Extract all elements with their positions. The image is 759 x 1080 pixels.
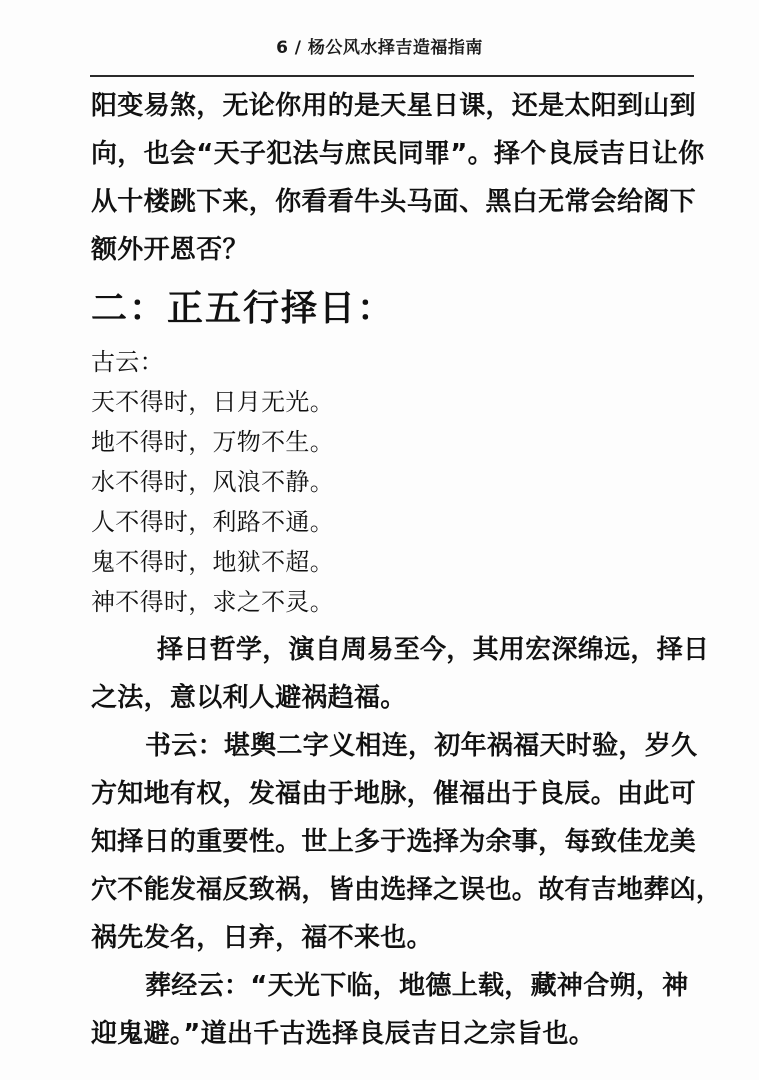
text-line: 迎鬼避。”道出千古选择良辰吉日之宗旨也。: [91, 1010, 701, 1058]
text-line: 书云：堪舆二字义相连，初年祸福天时验，岁久: [91, 722, 701, 770]
text-line: 从十楼跳下来，你看看牛头马面、黑白无常会给阁下: [91, 178, 701, 226]
text-line: 穴不能发福反致祸，皆由选择之误也。故有吉地葬凶，: [91, 866, 701, 914]
verse-line: 鬼不得时，地狱不超。: [91, 542, 701, 582]
page-body: 阳变易煞，无论你用的是天星日课，还是太阳到山到 向，也会“天子犯法与庶民同罪”。…: [91, 82, 701, 1058]
paragraph-philosophy: 择日哲学，演自周易至今，其用宏深绵远，择日 之法，意以利人避祸趋福。: [91, 626, 701, 722]
intro-paragraph: 阳变易煞，无论你用的是天星日课，还是太阳到山到 向，也会“天子犯法与庶民同罪”。…: [91, 82, 701, 274]
text-line: 择日哲学，演自周易至今，其用宏深绵远，择日: [91, 626, 701, 674]
quote-intro: 古云：: [91, 342, 701, 382]
text-line: 向，也会“天子犯法与庶民同罪”。择个良辰吉日让你: [91, 130, 701, 178]
verse-line: 人不得时，利路不通。: [91, 502, 701, 542]
paragraph-shuyun: 书云：堪舆二字义相连，初年祸福天时验，岁久 方知地有权，发福由于地脉，催福出于良…: [91, 722, 701, 962]
verse-block: 古云： 天不得时，日月无光。 地不得时，万物不生。 水不得时，风浪不静。 人不得…: [91, 342, 701, 622]
text-line: 之法，意以利人避祸趋福。: [91, 674, 701, 722]
verse-line: 地不得时，万物不生。: [91, 422, 701, 462]
book-page: 6 / 杨公风水择吉造福指南 阳变易煞，无论你用的是天星日课，还是太阳到山到 向…: [0, 0, 759, 1080]
text-line: 阳变易煞，无论你用的是天星日课，还是太阳到山到: [91, 82, 701, 130]
text-line: 方知地有权，发福由于地脉，催福出于良辰。由此可: [91, 770, 701, 818]
running-header: 6 / 杨公风水择吉造福指南: [0, 33, 759, 58]
header-rule-divider: [90, 75, 694, 77]
text-line: 祸先发名，日弃，福不来也。: [91, 914, 701, 962]
paragraph-zangjing: 葬经云：“天光下临，地德上载，藏神合朔，神 迎鬼避。”道出千古选择良辰吉日之宗旨…: [91, 962, 701, 1058]
text-line: 额外开恩否？: [91, 226, 701, 274]
section-heading: 二：正五行择日：: [91, 276, 701, 342]
text-line: 葬经云：“天光下临，地德上载，藏神合朔，神: [91, 962, 701, 1010]
text-line: 知择日的重要性。世上多于选择为余事，每致佳龙美: [91, 818, 701, 866]
verse-line: 水不得时，风浪不静。: [91, 462, 701, 502]
verse-line: 神不得时，求之不灵。: [91, 582, 701, 622]
verse-line: 天不得时，日月无光。: [91, 382, 701, 422]
